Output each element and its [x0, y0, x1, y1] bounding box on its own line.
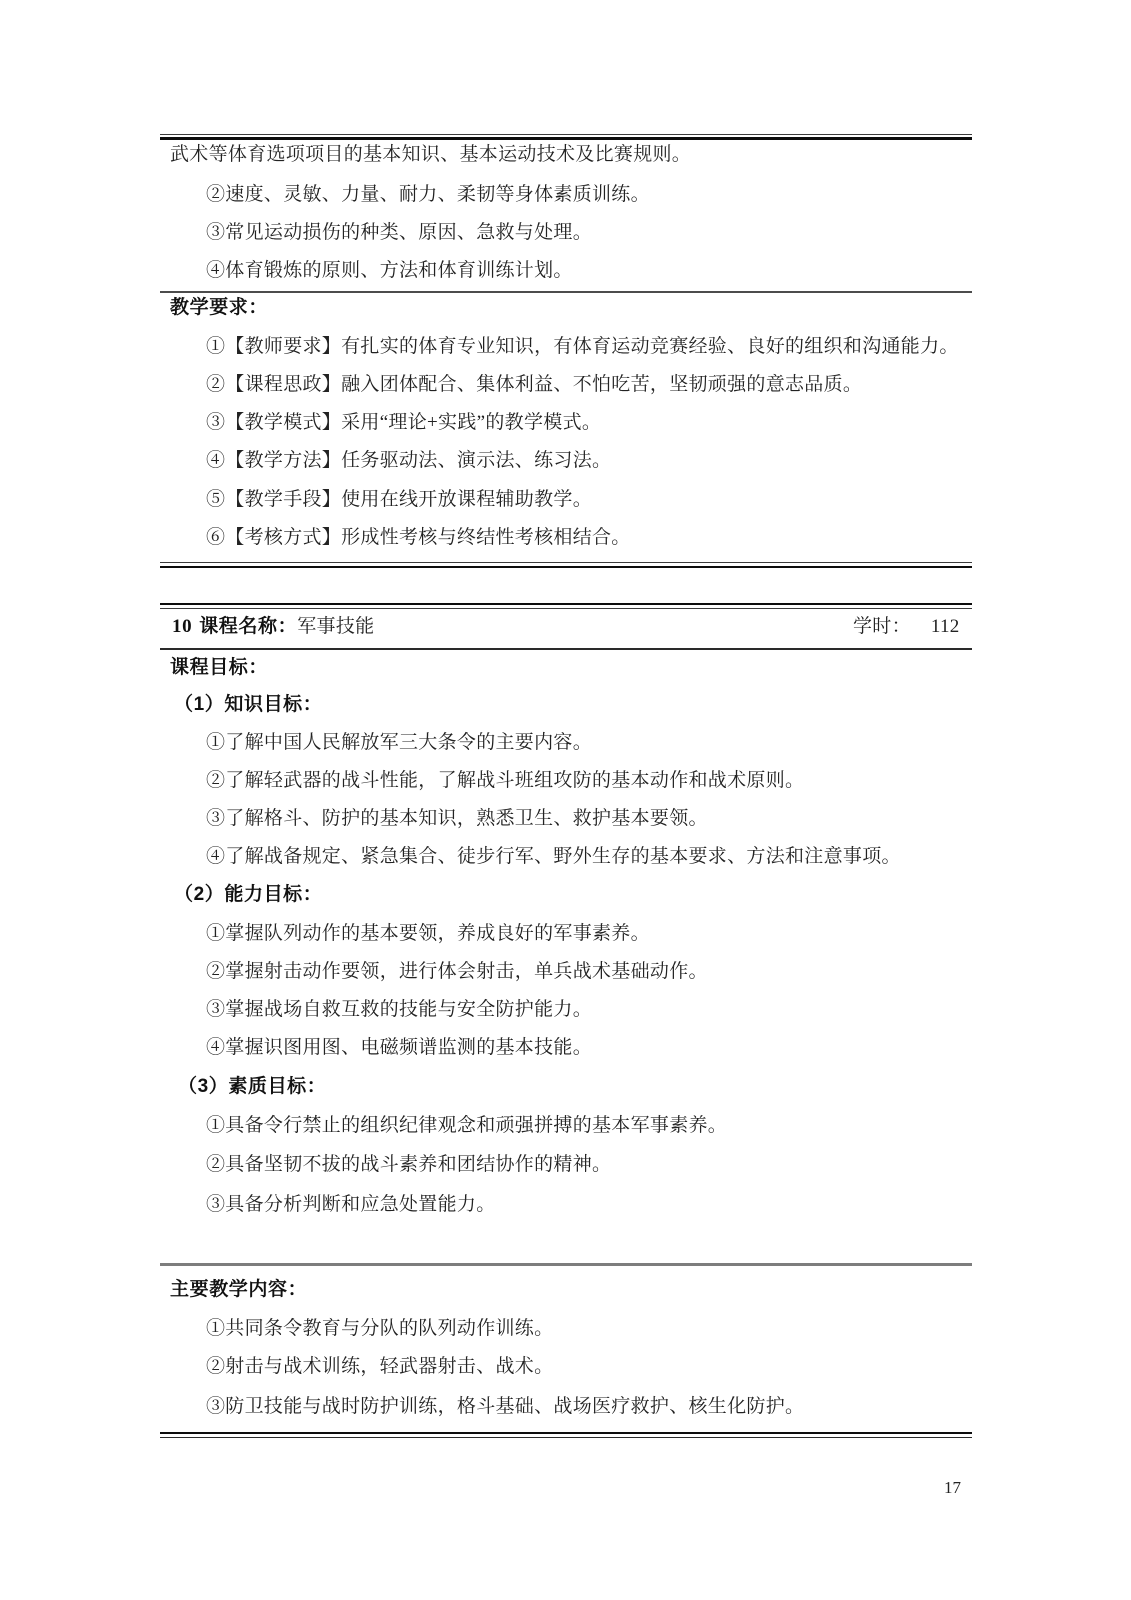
table2-bottom-rule-thin: [160, 1437, 972, 1438]
teaching-requirement-6: ⑥【考核方式】形成性考核与终结性考核相结合。: [206, 527, 631, 549]
teaching-requirement-5: ⑤【教学手段】使用在线开放课程辅助教学。: [206, 489, 592, 511]
ability-objective-1: ①掌握队列动作的基本要领，养成良好的军事素养。: [206, 923, 650, 945]
teaching-content-item-1: ①共同条令教育与分队的队列动作训练。: [206, 1318, 553, 1340]
continuation-item-2: ③常见运动损伤的种类、原因、急救与处理。: [206, 222, 592, 244]
course-number: 10: [172, 616, 192, 637]
course-hours: 学时：112: [853, 616, 960, 638]
teaching-requirement-3: ③【教学模式】采用“理论+实践”的教学模式。: [206, 412, 601, 434]
course-objectives-heading: 课程目标：: [170, 657, 268, 679]
course-header-bottom-rule: [160, 648, 972, 650]
course-name-label: 课程名称：: [199, 616, 297, 637]
teaching-requirements-heading: 教学要求：: [170, 297, 268, 319]
continuation-item-1: ②速度、灵敏、力量、耐力、柔韧等身体素质训练。: [206, 184, 650, 206]
continuation-item-3: ④体育锻炼的原则、方法和体育训练计划。: [206, 260, 573, 282]
teaching-content-heading: 主要教学内容：: [170, 1279, 307, 1301]
page-number: 17: [944, 1478, 961, 1498]
content-section-top-rule: [160, 1263, 972, 1266]
table1-bottom-rule-thick: [160, 566, 972, 568]
syllabus-page: 武术等体育选项项目的基本知识、基本运动技术及比赛规则。 ②速度、灵敏、力量、耐力…: [0, 0, 1131, 1600]
row-divider-rule: [160, 291, 972, 293]
table2-top-rule-thick: [160, 603, 972, 605]
knowledge-objective-4: ④了解战备规定、紧急集合、徒步行军、野外生存的基本要求、方法和注意事项。: [206, 846, 901, 868]
course-hours-value: 112: [931, 616, 960, 637]
course-header-left: 10课程名称：军事技能: [172, 616, 374, 638]
knowledge-objective-2: ②了解轻武器的战斗性能，了解战斗班组攻防的基本动作和战术原则。: [206, 770, 804, 792]
knowledge-objective-3: ③了解格斗、防护的基本知识，熟悉卫生、救护基本要领。: [206, 808, 708, 830]
table1-bottom-rule-thin: [160, 562, 972, 563]
knowledge-objective-1: ①了解中国人民解放军三大条令的主要内容。: [206, 732, 592, 754]
quality-objectives-heading: （3）素质目标：: [178, 1076, 326, 1098]
teaching-requirement-1: ①【教师要求】有扎实的体育专业知识，有体育运动竞赛经验、良好的组织和沟通能力。: [206, 336, 959, 358]
table2-bottom-rule-thick: [160, 1432, 972, 1434]
table1-top-rule-thick: [160, 137, 972, 140]
course-name-value: 军事技能: [297, 616, 374, 637]
ability-objective-2: ②掌握射击动作要领，进行体会射击，单兵战术基础动作。: [206, 961, 708, 983]
teaching-requirement-4: ④【教学方法】任务驱动法、演示法、练习法。: [206, 450, 611, 472]
teaching-requirement-2: ②【课程思政】融入团体配合、集体利益、不怕吃苦，坚韧顽强的意志品质。: [206, 374, 862, 396]
table2-top-rule-thin: [160, 608, 972, 609]
course-hours-label: 学时：: [853, 616, 911, 637]
teaching-content-item-3: ③防卫技能与战时防护训练，格斗基础、战场医疗救护、核生化防护。: [206, 1396, 804, 1418]
teaching-content-item-2: ②射击与战术训练，轻武器射击、战术。: [206, 1356, 553, 1378]
ability-objectives-heading: （2）能力目标：: [174, 884, 322, 906]
ability-objective-3: ③掌握战场自救互救的技能与安全防护能力。: [206, 999, 592, 1021]
quality-objective-1: ①具备令行禁止的组织纪律观念和顽强拼搏的基本军事素养。: [206, 1115, 727, 1137]
quality-objective-3: ③具备分析判断和应急处置能力。: [206, 1194, 496, 1216]
table1-top-rule-thin: [160, 134, 972, 135]
knowledge-objectives-heading: （1）知识目标：: [174, 694, 322, 716]
ability-objective-4: ④掌握识图用图、电磁频谱监测的基本技能。: [206, 1037, 592, 1059]
continuation-intro-line: 武术等体育选项项目的基本知识、基本运动技术及比赛规则。: [170, 144, 691, 166]
quality-objective-2: ②具备坚韧不拔的战斗素养和团结协作的精神。: [206, 1154, 611, 1176]
